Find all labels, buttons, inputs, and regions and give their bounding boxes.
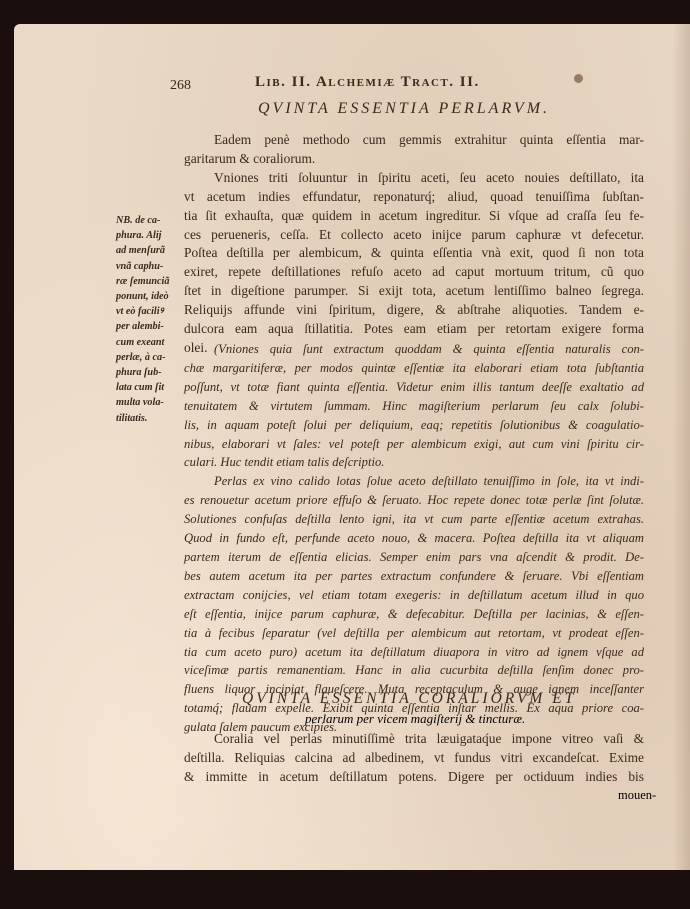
text-line: deſtilla. Reliquias calcina ad albedinem… bbox=[184, 749, 644, 768]
margin-line: NB. de ca- bbox=[116, 213, 186, 228]
text-line: culari. Huc tendit etiam talis deſcripti… bbox=[184, 453, 644, 472]
text-line: partem iterum de eſſentia elicias. Sempe… bbox=[184, 548, 644, 567]
margin-line: ræ ſemunciã bbox=[116, 274, 186, 289]
text-line: Vniones triti ſoluuntur in ſpiritu aceti… bbox=[184, 169, 644, 188]
ink-blot bbox=[574, 74, 583, 83]
text-line: extractam conijcies, vel etiam totam exe… bbox=[184, 586, 644, 605]
text-line: bes autem acetum ita per partes extractu… bbox=[184, 567, 644, 586]
text-line: poſſunt, vt totæ fiant quinta eſſentia. … bbox=[184, 378, 644, 397]
margin-line: multa vola- bbox=[116, 395, 186, 410]
text-line: viceſimæ partis remanentiam. Hanc in ali… bbox=[184, 661, 644, 680]
text-line: (Vniones quia ſunt extractum quoddam & q… bbox=[184, 340, 644, 359]
text-line: lis, in aquam poteſt ſolui per deliquium… bbox=[184, 416, 644, 435]
margin-note: NB. de ca- phura. Alij ad menſurã vnã ca… bbox=[116, 213, 186, 426]
text-line: ſtet in digeſtione parumper. Si exijt to… bbox=[184, 282, 644, 301]
text-line: tenuitatem & virtutem ſummam. Hinc magiſ… bbox=[184, 397, 644, 416]
margin-line: per alembi- bbox=[116, 319, 186, 334]
section1-roman-text: Eadem penè methodo cum gemmis extrahitur… bbox=[184, 131, 644, 358]
text-line: Coralia vel perlas minutiſſimè trita læu… bbox=[184, 730, 644, 749]
margin-line: ad menſurã bbox=[116, 243, 186, 258]
page-number: 268 bbox=[170, 78, 191, 94]
margin-line: cum exeant bbox=[116, 335, 186, 350]
text-line: exiret, repete deſtillationes refuſo ace… bbox=[184, 263, 644, 282]
text-line: garitarum & coraliorum. bbox=[184, 150, 644, 169]
text-line: tia ſit exhauſta, quæ quidem in acetum i… bbox=[184, 207, 644, 226]
section-subtitle: perlarum per vicem magiſterij & tincturæ… bbox=[305, 711, 525, 727]
scan-border bbox=[0, 870, 690, 909]
margin-line: ponunt, ideò bbox=[116, 289, 186, 304]
section1-italic-text: (Vniones quia ſunt extractum quoddam & q… bbox=[184, 340, 644, 737]
running-head: Lib. II. Alchemiæ Tract. II. bbox=[255, 74, 480, 91]
text-line: & immitte in acetum deſtillatum potens. … bbox=[184, 768, 644, 787]
text-line: dulcora eam aqua ſtillatitia. Potes eam … bbox=[184, 320, 644, 339]
page-fold-shadow bbox=[672, 24, 690, 870]
margin-line: lata cum ſit bbox=[116, 380, 186, 395]
text-line: tia cum aceto puro) acetum ita deſtillat… bbox=[184, 643, 644, 662]
section-title-perlarum: QVINTA ESSENTIA PERLARVM. bbox=[258, 100, 550, 118]
text-line: Reliquijs affunde vini ſpiritum, digere,… bbox=[184, 301, 644, 320]
margin-line: vt eò faciliꝰ bbox=[116, 304, 186, 319]
text-line: Solutiones confuſas deſtilla lento igni,… bbox=[184, 510, 644, 529]
text-line: chæ margaritiferæ, per modos quintæ eſſe… bbox=[184, 359, 644, 378]
margin-line: tilitatis. bbox=[116, 411, 186, 426]
margin-line: phura. Alij bbox=[116, 228, 186, 243]
text-line: Quod in fundo eſt, perfunde aceto nouo, … bbox=[184, 529, 644, 548]
catchword: mouen- bbox=[618, 788, 656, 803]
text-line: Perlas ex vino calido lotas ſolue aceto … bbox=[184, 472, 644, 491]
text-line: Poſtea deſtilla per alembicum, & quinta … bbox=[184, 244, 644, 263]
text-line: ces perueneris, ceſſa. Et collecto aceto… bbox=[184, 226, 644, 245]
section-title-coraliorum: QVINTA ESSENTIA CORALIORVM ET bbox=[242, 690, 576, 708]
text-line: Eadem penè methodo cum gemmis extrahitur… bbox=[184, 131, 644, 150]
text-line: nibus, elaborari vt ſales: vel poteſt pe… bbox=[184, 435, 644, 454]
margin-line: perlæ, à ca- bbox=[116, 350, 186, 365]
margin-line: phura ſub- bbox=[116, 365, 186, 380]
margin-line: vnã caphu- bbox=[116, 259, 186, 274]
section2-roman-text: Coralia vel perlas minutiſſimè trita læu… bbox=[184, 730, 644, 787]
text-line: eſt eſſentia, inijce parum caphuræ, & de… bbox=[184, 605, 644, 624]
text-line: vt acetum indies effundatur, reponaturq́… bbox=[184, 188, 644, 207]
text-line: es renouetur acetum priore effuſo & ſeru… bbox=[184, 491, 644, 510]
text-line: tia à fecibus ſeparatur (vel deſtilla pe… bbox=[184, 624, 644, 643]
